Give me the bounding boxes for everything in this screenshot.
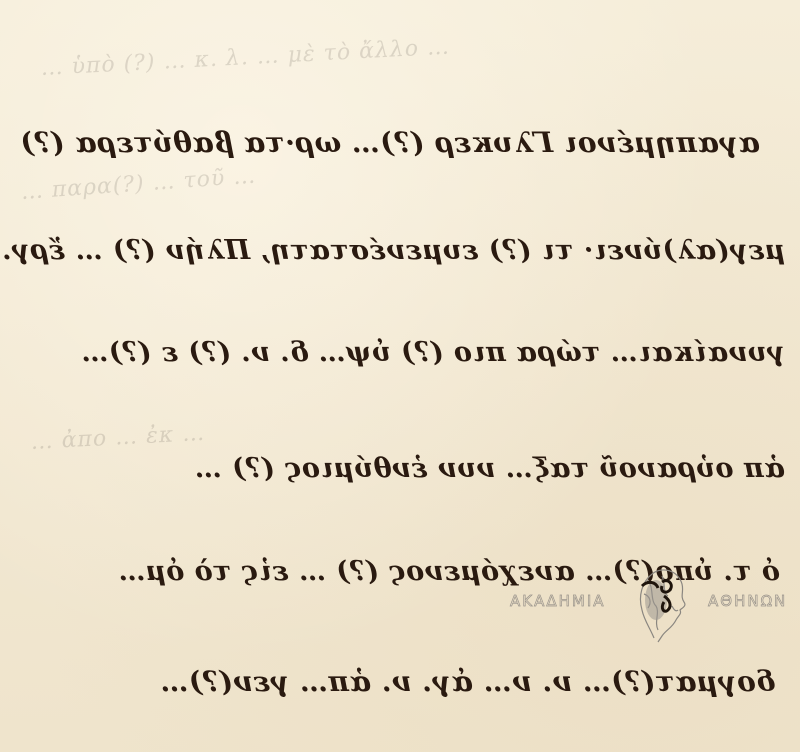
handwriting-line-4: ἀπ οὐρανοῦ ταξ… νυν ἐνθύμιος (?) …	[15, 453, 785, 484]
academy-of-athens-watermark: ΑΚΑΔΗΜΙΑ ΑΘΗΝΩΝ	[508, 566, 793, 646]
athena-head-icon	[632, 566, 692, 644]
handwriting-line-3: γυναίκαι… τώρα πιο (?) ὑψ… δ. ν. (?) ε (…	[20, 337, 785, 368]
handwriting-line-1: αγαπημένοι Γλυκερ (?)… ωρ·τα βαθύτερα (?…	[60, 126, 760, 159]
handwriting-line-2: μεγ(αλ)ύνει· τι (?) ευμενέστατη, Πλήν (?…	[45, 235, 785, 266]
watermark-text-left: ΑΚΑΔΗΜΙΑ	[510, 592, 606, 610]
handwriting-line-6: δογματ(?)… ν. ν… ἁγ. ν. ἀπ… γεν(?)…	[25, 665, 775, 698]
watermark-text-right: ΑΘΗΝΩΝ	[708, 592, 787, 610]
